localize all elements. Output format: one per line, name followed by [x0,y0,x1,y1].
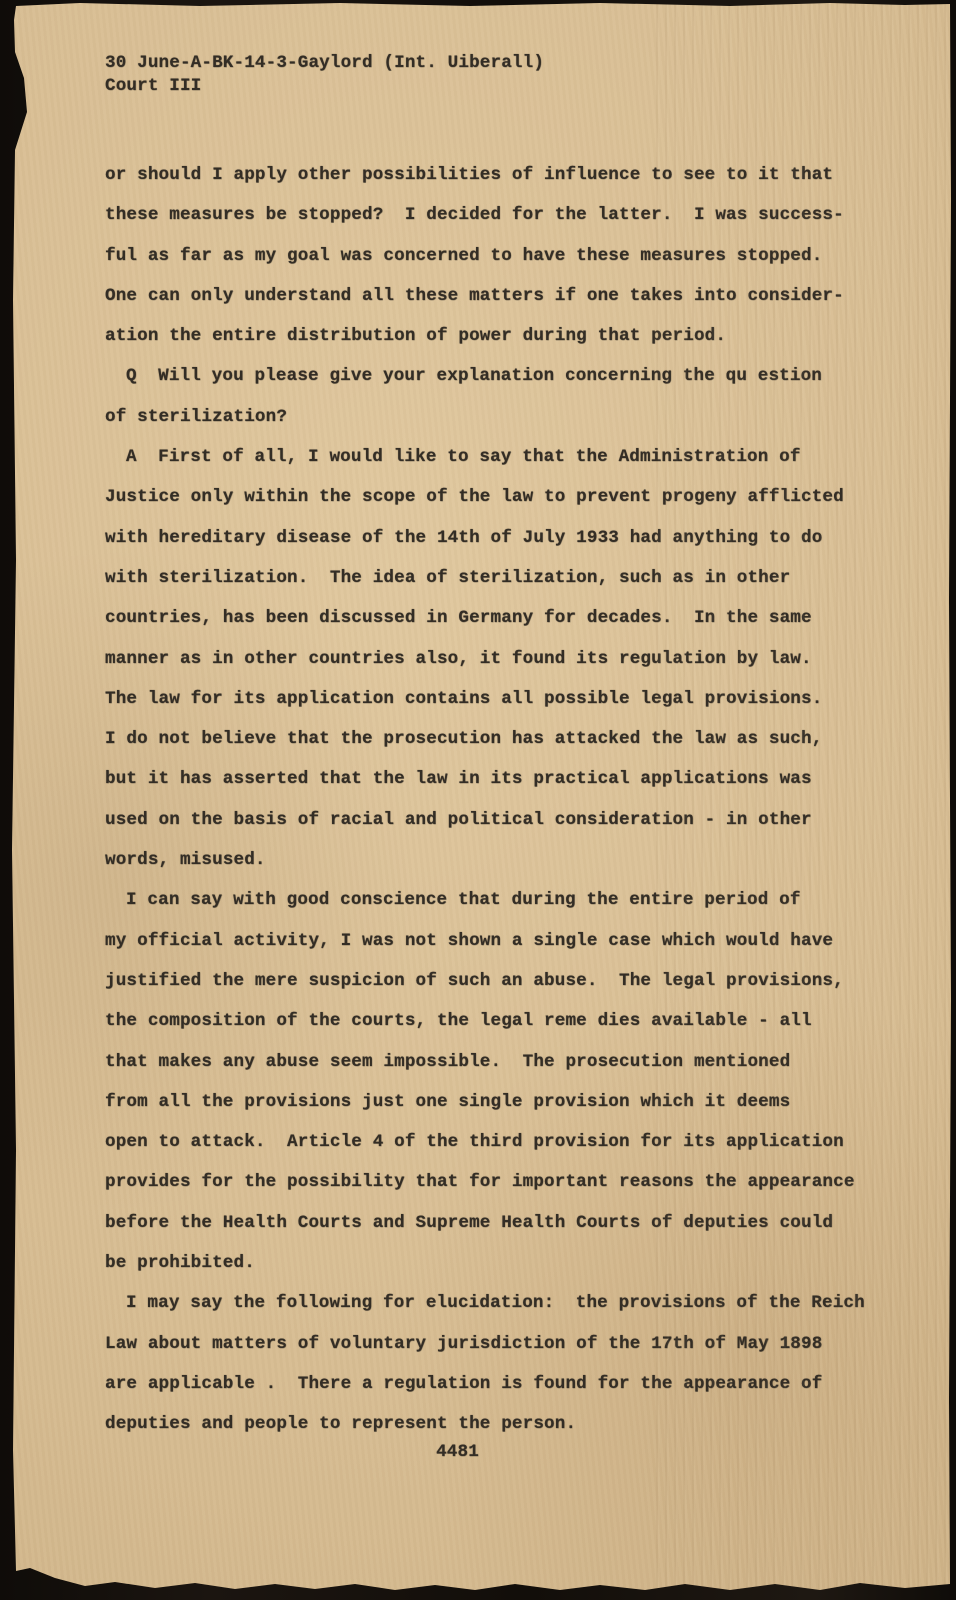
transcript-line: be prohibited. [105,1243,861,1283]
transcript-line: justified the mere suspicion of such an … [105,961,861,1001]
transcript-line: One can only understand all these matter… [105,276,861,316]
transcript-line: before the Health Courts and Supreme Hea… [105,1203,861,1243]
transcript-line: the composition of the courts, the legal… [105,1001,861,1041]
paragraph-question: Q Will you please give your explanation … [105,356,861,437]
question-line: Q Will you please give your explanation … [105,356,861,396]
transcript-line: countries, has been discussed in Germany… [105,598,861,638]
transcript-line: ful as far as my goal was concerned to h… [105,236,861,276]
paragraph-answer: A First of all, I would like to say that… [105,437,861,880]
typewritten-content: 30 June-A-BK-14-3-Gaylord (Int. Uiberall… [105,52,861,1445]
transcript-line: but it has asserted that the law in its … [105,759,861,799]
page-number: 4481 [436,1442,479,1462]
transcript-line: these measures be stopped? I decided for… [105,195,861,235]
transcript-line: Law about matters of voluntary jurisdict… [105,1324,861,1364]
transcript-line: manner as in other countries also, it fo… [105,639,861,679]
header-court-line: Court III [105,75,861,98]
transcript-line: my official activity, I was not shown a … [105,921,861,961]
transcript-line: I can say with good conscience that duri… [105,880,861,920]
transcript-line: used on the basis of racial and politica… [105,800,861,840]
transcript-line: open to attack. Article 4 of the third p… [105,1122,861,1162]
transcript-body: or should I apply other possibilities of… [105,155,861,1445]
page-number-container: 4481 [0,1438,915,1466]
scanned-paper-sheet: 30 June-A-BK-14-3-Gaylord (Int. Uiberall… [0,0,956,1600]
transcript-line: ation the entire distribution of power d… [105,316,861,356]
paragraph-answer-continued: I can say with good conscience that duri… [105,880,861,1283]
transcript-line: words, misused. [105,840,861,880]
transcript-line: I may say the following for elucidation:… [105,1283,861,1323]
answer-line: A First of all, I would like to say that… [105,437,861,477]
transcript-line: with hereditary disease of the 14th of J… [105,518,861,558]
paragraph-continuation: or should I apply other possibilities of… [105,155,861,356]
transcript-line: or should I apply other possibilities of… [105,155,861,195]
transcript-line: The law for its application contains all… [105,679,861,719]
transcript-line: are applicable . There a regulation is f… [105,1364,861,1404]
paragraph-elucidation: I may say the following for elucidation:… [105,1283,861,1444]
transcript-line: with sterilization. The idea of steriliz… [105,558,861,598]
page-header: 30 June-A-BK-14-3-Gaylord (Int. Uiberall… [105,52,861,98]
transcript-line: of sterilization? [105,397,861,437]
header-docket-line: 30 June-A-BK-14-3-Gaylord (Int. Uiberall… [105,52,861,75]
transcript-line: that makes any abuse seem impossible. Th… [105,1042,861,1082]
transcript-line: provides for the possibility that for im… [105,1162,861,1202]
transcript-line: I do not believe that the prosecution ha… [105,719,861,759]
transcript-line: Justice only within the scope of the law… [105,477,861,517]
transcript-line: from all the provisions just one single … [105,1082,861,1122]
